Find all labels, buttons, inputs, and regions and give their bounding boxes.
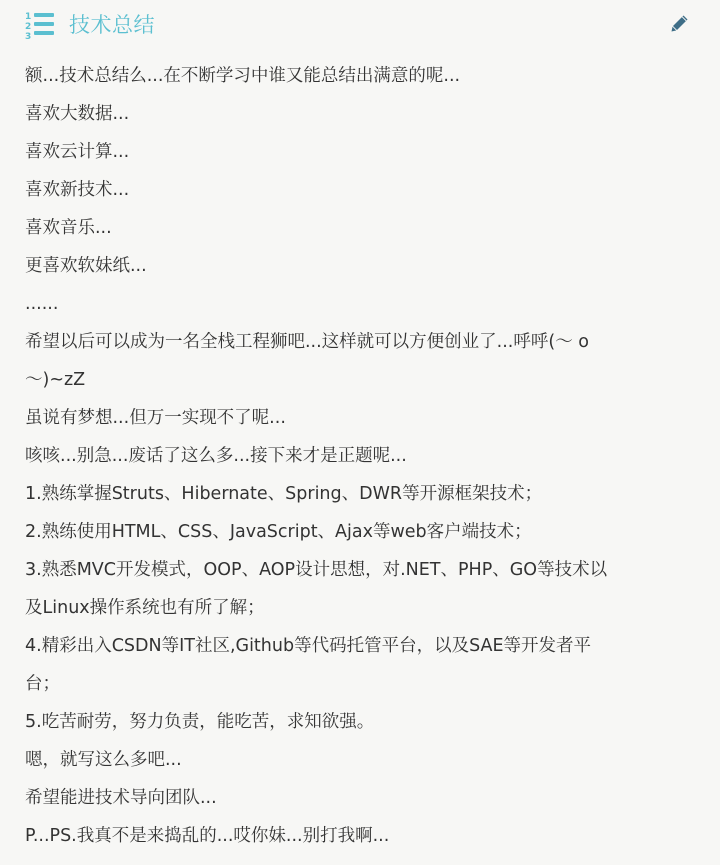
tech-summary-section: 1 2 3 技术总结 额...技术总结么...在不断学习中谁又能总结出满意的 — [0, 0, 720, 865]
content-line: 嗯，就写这么多吧... — [25, 741, 695, 779]
skill-item-continued: 台； — [25, 665, 695, 703]
content-line: 希望能进技术导向团队... — [25, 779, 695, 817]
pencil-icon — [671, 14, 689, 32]
edit-button[interactable] — [669, 12, 691, 34]
skill-item: 3.熟悉MVC开发模式，OOP、AOP设计思想，对.NET、PHP、GO等技术以 — [25, 551, 695, 589]
skill-item: 1.熟练掌握Struts、Hibernate、Spring、DWR等开源框架技术… — [25, 475, 695, 513]
content-line: 喜欢云计算... — [25, 133, 695, 171]
content-line: ...... — [25, 285, 695, 323]
content-line: P...PS.我真不是来捣乱的...哎你妹...别打我啊... — [25, 817, 695, 855]
content-line: 希望以后可以成为一名全栈工程狮吧...这样就可以方便创业了...呼呼(～ o — [25, 323, 695, 361]
section-title: 技术总结 — [69, 15, 155, 36]
content-line: 喜欢大数据... — [25, 95, 695, 133]
section-header: 1 2 3 技术总结 — [25, 0, 695, 50]
content-line: 更喜欢软妹纸... — [25, 247, 695, 285]
svg-text:3: 3 — [25, 32, 31, 40]
svg-text:2: 2 — [25, 22, 31, 32]
skill-item: 5.吃苦耐劳，努力负责，能吃苦，求知欲强。 — [25, 703, 695, 741]
ordered-list-icon: 1 2 3 — [25, 10, 57, 40]
skill-item: 2.熟练使用HTML、CSS、JavaScript、Ajax等web客户端技术； — [25, 513, 695, 551]
summary-content: 额...技术总结么...在不断学习中谁又能总结出满意的呢... 喜欢大数据...… — [25, 57, 695, 855]
skill-item: 4.精彩出入CSDN等IT社区,Github等代码托管平台，以及SAE等开发者平 — [25, 627, 695, 665]
content-line: 虽说有梦想...但万一实现不了呢... — [25, 399, 695, 437]
content-line: 咳咳...别急...废话了这么多...接下来才是正题呢... — [25, 437, 695, 475]
content-line: 喜欢新技术... — [25, 171, 695, 209]
content-line: 喜欢音乐... — [25, 209, 695, 247]
content-line: ～)~zZ — [25, 361, 695, 399]
svg-text:1: 1 — [25, 12, 31, 22]
content-line: 额...技术总结么...在不断学习中谁又能总结出满意的呢... — [25, 57, 695, 95]
skill-item-continued: 及Linux操作系统也有所了解； — [25, 589, 695, 627]
